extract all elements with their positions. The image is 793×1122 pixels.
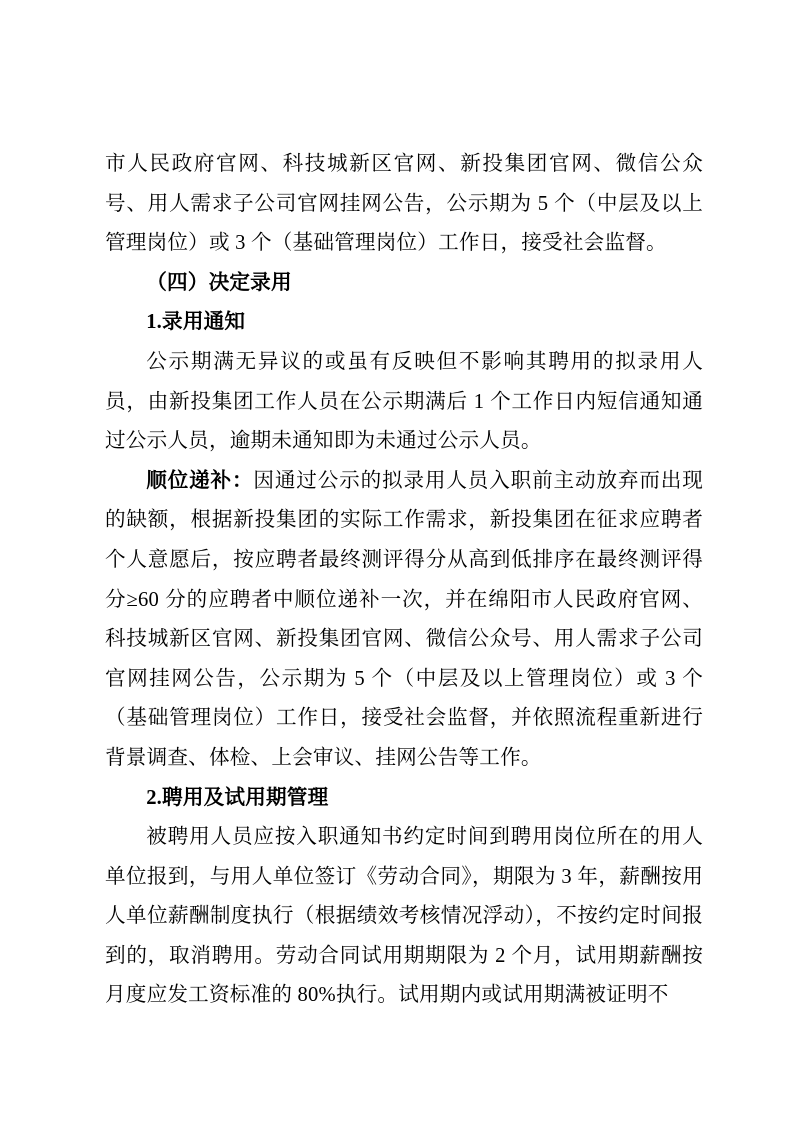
paragraph-employment-probation: 被聘用人员应按入职通知书约定时间到聘用岗位所在的用人单位报到，与用人单位签订《劳… <box>105 818 703 1016</box>
paragraph-hire-notice: 公示期满无异议的或虽有反映但不影响其聘用的拟录用人员，由新投集团工作人员在公示期… <box>105 343 703 462</box>
section-heading-decide-hire: （四）决定录用 <box>105 264 703 304</box>
paragraph-replacement: 顺位递补：因通过公示的拟录用人员入职前主动放弃而出现的缺额，根据新投集团的实际工… <box>105 462 703 779</box>
subheading-hire-notice: 1.录用通知 <box>105 303 703 343</box>
subheading-employment-probation: 2.聘用及试用期管理 <box>105 779 703 819</box>
paragraph-text: 因通过公示的拟录用人员入职前主动放弃而出现的缺额，根据新投集团的实际工作需求，新… <box>105 470 703 769</box>
document-body: 市人民政府官网、科技城新区官网、新投集团官网、微信公众号、用人需求子公司官网挂网… <box>105 145 703 1016</box>
paragraph-lead-bold: 顺位递补： <box>146 470 253 492</box>
document-page: 市人民政府官网、科技城新区官网、新投集团官网、微信公众号、用人需求子公司官网挂网… <box>0 0 793 1122</box>
paragraph-continuation: 市人民政府官网、科技城新区官网、新投集团官网、微信公众号、用人需求子公司官网挂网… <box>105 145 703 264</box>
